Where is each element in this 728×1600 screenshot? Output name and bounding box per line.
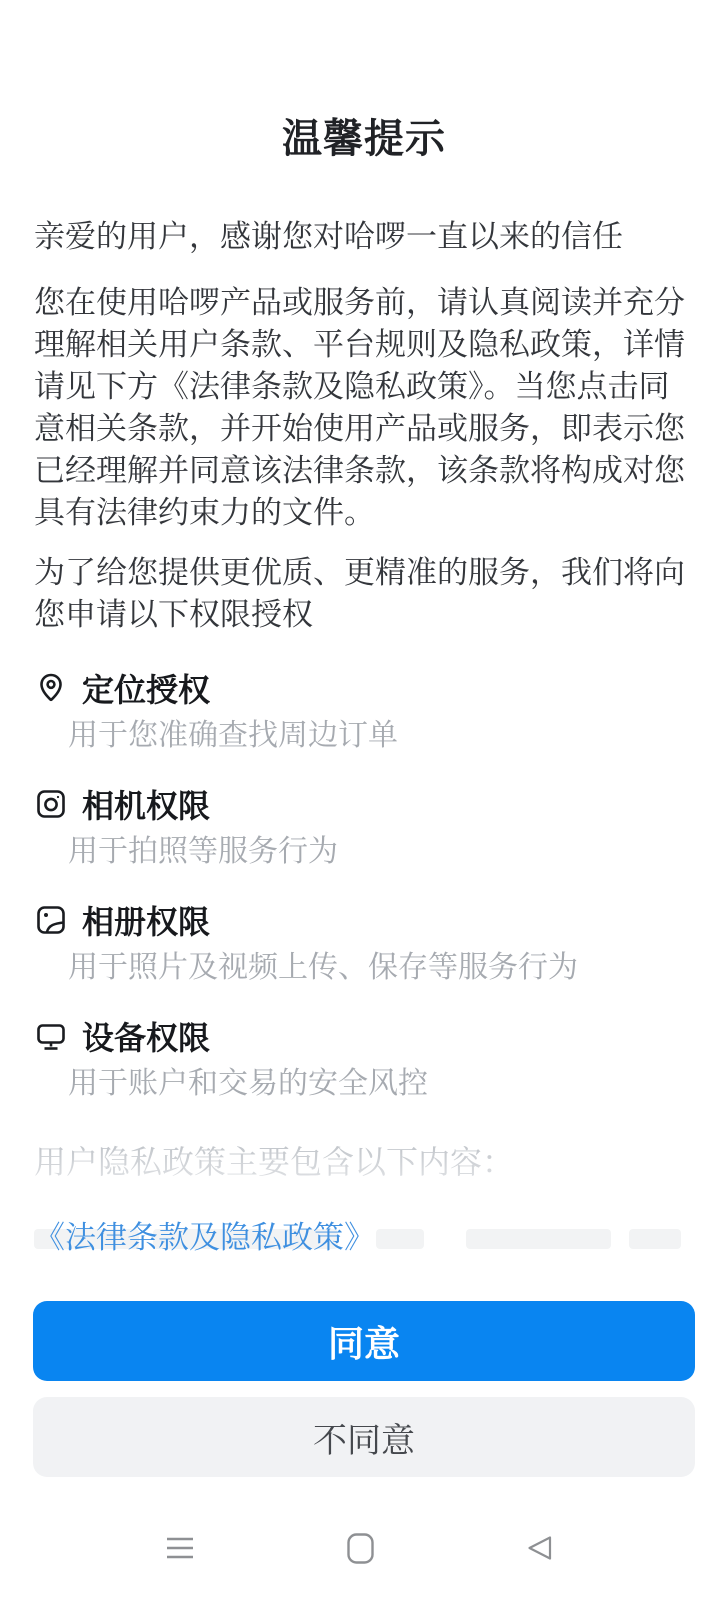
permission-list: 定位授权 用于您准确查找周边订单 相机权限 用于拍照等服务行为: [34, 666, 694, 1102]
page-title: 温馨提示: [34, 112, 694, 166]
permission-desc: 用于拍照等服务行为: [68, 834, 694, 870]
permission-item-location: 定位授权 用于您准确查找周边订单: [34, 666, 694, 754]
disagree-button-label: 不同意: [313, 1413, 415, 1462]
greeting-text: 亲爱的用户，感谢您对哈啰一直以来的信任: [34, 216, 694, 258]
permission-item-album: 相册权限 用于照片及视频上传、保存等服务行为: [34, 898, 694, 986]
album-icon: [34, 903, 68, 937]
disagree-button[interactable]: 不同意: [33, 1397, 695, 1477]
agree-button[interactable]: 同意: [33, 1301, 695, 1381]
permission-item-device: 设备权限 用于账户和交易的安全风控: [34, 1014, 694, 1102]
permission-title: 定位授权: [82, 665, 210, 711]
faded-text-fragment: [629, 1229, 681, 1249]
dialog-content: 温馨提示 亲爱的用户，感谢您对哈啰一直以来的信任 您在使用哈啰产品或服务前，请认…: [0, 112, 728, 1250]
faded-text-fragment: [376, 1229, 424, 1249]
menu-icon[interactable]: [150, 1518, 210, 1578]
back-icon[interactable]: [509, 1518, 569, 1578]
consent-screen: { "page": { "title": "温馨提示" }, "intro": …: [0, 0, 728, 1600]
permission-desc: 用于照片及视频上传、保存等服务行为: [68, 950, 694, 986]
home-icon[interactable]: [330, 1518, 390, 1578]
location-icon: [34, 671, 68, 705]
camera-icon: [34, 787, 68, 821]
legal-policy-link[interactable]: 《法律条款及隐私政策》: [34, 1218, 375, 1258]
terms-notice-text: 您在使用哈啰产品或服务前，请认真阅读并充分理解相关用户条款、平台规则及隐私政策，…: [34, 282, 694, 534]
system-navbar: [0, 1490, 728, 1600]
permission-request-text: 为了给您提供更优质、更精准的服务，我们将向您申请以下权限授权: [34, 552, 694, 636]
permission-title: 相机权限: [82, 781, 210, 827]
agree-button-label: 同意: [328, 1316, 400, 1367]
permission-title: 设备权限: [82, 1013, 210, 1059]
permission-desc: 用于您准确查找周边订单: [68, 718, 694, 754]
privacy-summary-heading: 用户隐私政策主要包含以下内容：: [34, 1142, 694, 1182]
faded-text-fragment: [466, 1229, 611, 1249]
device-icon: [34, 1019, 68, 1053]
permission-desc: 用于账户和交易的安全风控: [68, 1066, 694, 1102]
permission-item-camera: 相机权限 用于拍照等服务行为: [34, 782, 694, 870]
permission-title: 相册权限: [82, 897, 210, 943]
